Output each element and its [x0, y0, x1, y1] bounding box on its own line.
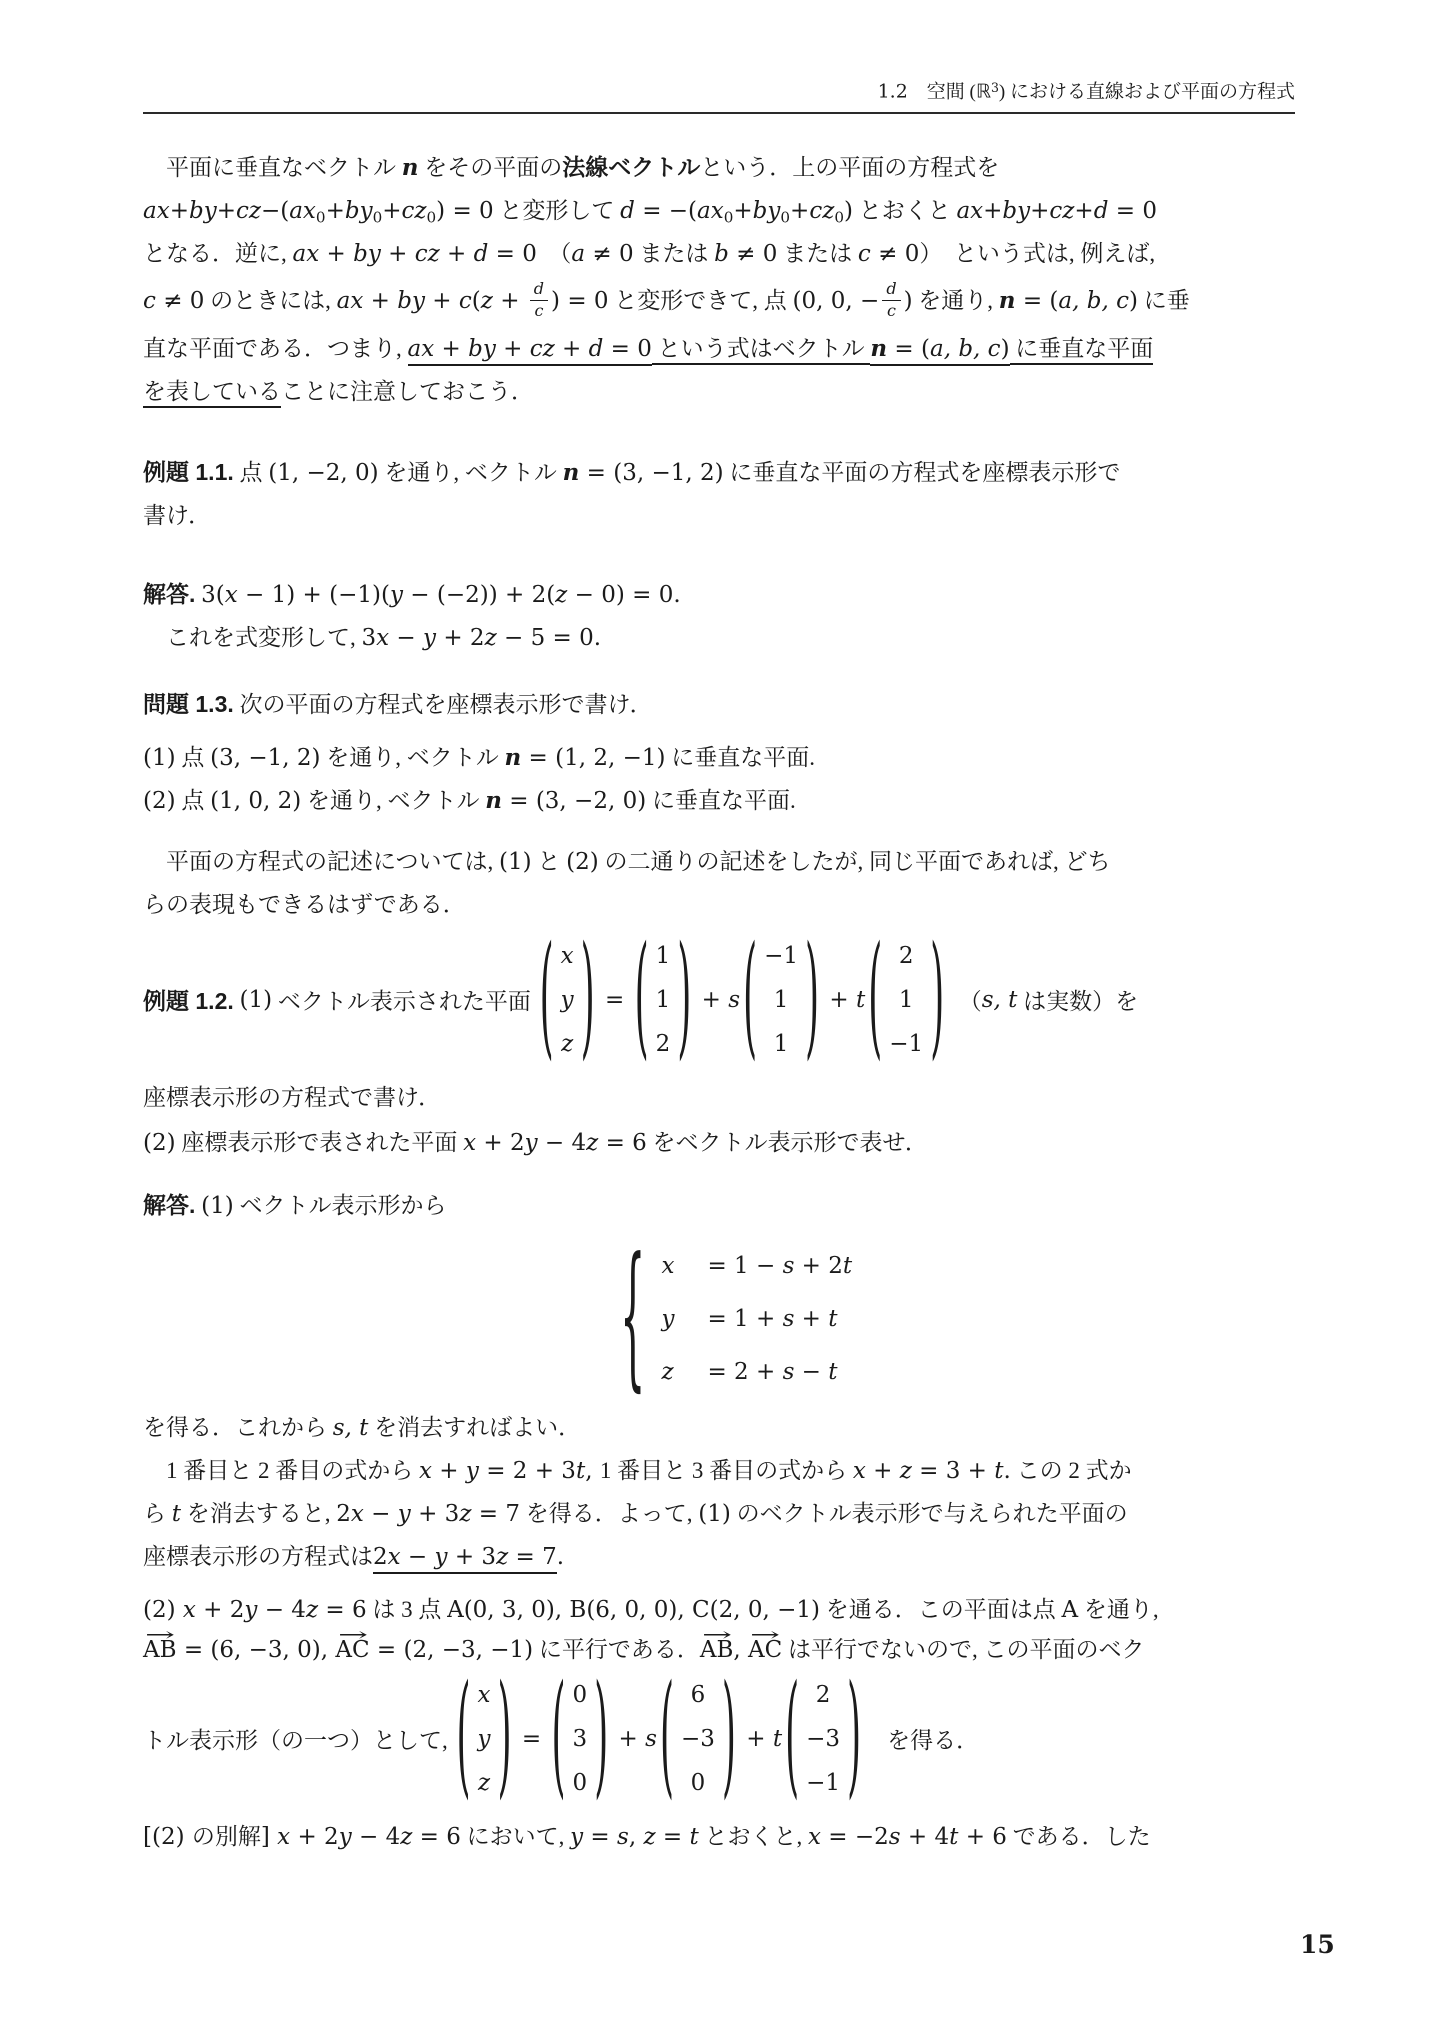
- text-segment: z: [900, 1458, 912, 1484]
- text-segment: +: [739, 1726, 773, 1752]
- text-segment: x: [277, 1824, 290, 1850]
- text-segment: ) = 0: [436, 198, 494, 224]
- text-segment: cz: [809, 198, 834, 224]
- text-segment: t: [994, 1458, 1003, 1484]
- text-segment: に平行である．: [533, 1637, 700, 1662]
- text-segment: by: [1002, 198, 1030, 224]
- right-paren: ): [594, 1672, 608, 1805]
- intro-line-6: を表していることに注意しておこう．: [143, 370, 1295, 413]
- fraction: dc: [530, 280, 548, 320]
- text-segment: s: [728, 987, 740, 1013]
- text-segment: z: [485, 625, 497, 651]
- part2-vector-equation: トル表示形（の一つ）として, (xyz) = (030) + s(6−30) +…: [143, 1669, 1295, 1809]
- text-segment: s, t: [333, 1415, 369, 1441]
- text-segment: これを式変形して,: [143, 625, 362, 650]
- vector-entry: 6: [691, 1673, 706, 1717]
- text-segment: 点: [176, 788, 211, 813]
- text-segment: z: [496, 1544, 508, 1574]
- denominator: c: [887, 301, 896, 320]
- column-vector: (2−3−1): [785, 1673, 861, 1805]
- example-1-1-line-1: 例題 1.1. 点 (1, −2, 0) を通り, ベクトル n = (3, −…: [143, 451, 1295, 494]
- text-segment: by: [189, 198, 217, 224]
- text-segment: 0: [373, 208, 383, 226]
- text-segment: ax: [289, 198, 316, 224]
- text-segment: =: [583, 1824, 617, 1850]
- text-segment: ax: [337, 288, 364, 314]
- left-paren: (: [457, 1672, 471, 1805]
- text-segment: +: [440, 241, 474, 267]
- text-segment: c: [143, 288, 156, 314]
- right-paren: ): [677, 933, 691, 1066]
- left-paren: (: [552, 1672, 566, 1805]
- text-segment: x: [853, 1458, 866, 1484]
- text-segment: (0, 0, −: [793, 288, 880, 314]
- text-segment: +: [434, 336, 468, 366]
- text-segment: 0: [427, 208, 437, 226]
- left-paren: (: [868, 933, 882, 1066]
- text-segment: AC: [748, 1631, 782, 1669]
- text-segment: である．した: [1007, 1824, 1151, 1849]
- text-segment: 0: [834, 208, 844, 226]
- text-segment: 1 番目と 2 番目の式から: [143, 1458, 419, 1483]
- text-segment: − 5 = 0.: [497, 625, 601, 651]
- text-segment: .: [557, 1544, 564, 1570]
- text-segment: s: [617, 1824, 629, 1850]
- right-paren: ): [805, 933, 819, 1066]
- text-segment: らの表現もできるはずである．: [143, 892, 466, 917]
- text-segment: + 3: [411, 1501, 460, 1527]
- text-segment: と変形して: [494, 198, 621, 223]
- text-segment: = 1 +: [707, 1306, 782, 1332]
- text-segment: ax: [697, 198, 724, 224]
- text-segment: 解答.: [143, 581, 195, 607]
- text-segment: 3: [362, 625, 377, 651]
- system-row: x = 1 − s + 2t: [661, 1239, 852, 1292]
- text-segment: y: [435, 1544, 448, 1574]
- vector-entry: y: [561, 978, 574, 1022]
- text-segment: のベクトル表示形で与えられた平面の: [731, 1501, 1128, 1526]
- text-segment: by: [397, 288, 425, 314]
- text-segment: z: [555, 582, 567, 608]
- text-segment: z: [661, 1359, 673, 1385]
- vector-entry: 1: [899, 978, 914, 1022]
- text-segment: +: [694, 987, 728, 1013]
- text-segment: に垂直な平面の方程式を座標表示形で: [724, 460, 1121, 485]
- vector-entry: 2: [656, 1022, 671, 1066]
- text-segment: +: [319, 241, 353, 267]
- text-segment: +: [1030, 198, 1049, 224]
- text-segment: cz: [236, 198, 261, 224]
- text-segment: 3(: [201, 582, 225, 608]
- text-segment: = 0: [1108, 198, 1157, 224]
- text-segment: +: [363, 288, 397, 314]
- text-segment: は実数）を: [1017, 983, 1138, 1016]
- text-segment: +: [432, 1458, 466, 1484]
- column-vector: (xyz): [540, 934, 595, 1066]
- text-segment: a: [571, 241, 585, 267]
- text-segment: s: [889, 1824, 901, 1850]
- answer-1-1-line-2: これを式変形して, 3x − y + 2z − 5 = 0.: [143, 616, 1295, 659]
- vector-entry: x: [561, 934, 574, 978]
- text-segment: +: [425, 288, 459, 314]
- example-1-1-line-2: 書け．: [143, 494, 1295, 537]
- text-segment: または: [634, 241, 715, 266]
- system-row-lhs: y: [661, 1292, 707, 1345]
- text-segment: =: [598, 987, 632, 1013]
- alternative-solution-line: [(2) の別解] x + 2y − 4z = 6 において, y = s, z…: [143, 1815, 1295, 1858]
- text-segment: ): [1129, 288, 1138, 314]
- text-segment: t: [843, 1253, 852, 1279]
- text-segment: +: [983, 198, 1002, 224]
- vector-entry: 2: [816, 1673, 831, 1717]
- text-segment: t: [773, 1726, 782, 1752]
- text-segment: 空間 (: [908, 82, 976, 103]
- vector-entries: 21−1: [889, 934, 923, 1066]
- column-vector: (−111): [743, 934, 819, 1066]
- left-paren: (: [540, 933, 554, 1066]
- text-segment: s: [783, 1306, 795, 1332]
- text-segment: +: [326, 198, 345, 224]
- text-segment: を消去すると,: [181, 1501, 336, 1526]
- text-segment: ベクトル表示形から: [234, 1193, 447, 1218]
- text-segment: − 1) + (−1)(: [238, 582, 390, 608]
- text-segment: a, b, c: [930, 336, 1001, 366]
- text-segment: = −(: [635, 198, 697, 224]
- text-segment: ax: [293, 241, 320, 267]
- text-segment: と変形できて, 点: [609, 288, 793, 313]
- text-segment: d: [589, 336, 604, 366]
- solution-line-3: ら t を消去すると, 2x − y + 3z = 7 を得る．よって, (1)…: [143, 1492, 1295, 1535]
- text-segment: ,: [733, 1637, 748, 1663]
- text-segment: ax: [956, 198, 983, 224]
- vector-entry: 1: [656, 978, 671, 1022]
- text-segment: 例題 1.1.: [143, 459, 234, 485]
- text-segment: c: [858, 241, 871, 267]
- text-segment: ことに注意しておこう．: [281, 379, 534, 404]
- text-segment: 解答.: [143, 1192, 195, 1218]
- text-segment: 例題 1.2.: [143, 983, 234, 1016]
- text-segment: b: [714, 241, 729, 267]
- text-segment: と: [532, 849, 567, 874]
- text-segment: +: [170, 198, 189, 224]
- text-segment: を通り,: [1078, 1597, 1159, 1622]
- example-1-2-line-2: 座標表示形の方程式で書け．: [143, 1076, 1295, 1119]
- text-segment: t: [856, 987, 865, 1013]
- problem-1-3-item-2: (2) 点 (1, 0, 2) を通り, ベクトル n = (3, −2, 0)…: [143, 779, 1295, 822]
- text-segment: 次の平面の方程式を座標表示形で書け．: [234, 692, 653, 717]
- text-segment: x: [388, 1544, 401, 1574]
- text-segment: (1, −2, 0): [268, 460, 378, 486]
- text-segment: y: [244, 1597, 257, 1623]
- text-segment: −(: [261, 198, 289, 224]
- denominator: c: [534, 301, 543, 320]
- text-segment: = 2 +: [707, 1359, 782, 1385]
- text-segment: ]: [261, 1824, 277, 1850]
- text-segment: = (: [887, 336, 930, 366]
- text-segment: を消去すればよい．: [368, 1415, 581, 1440]
- vector-entry: −1: [764, 934, 798, 978]
- text-segment: by: [353, 241, 381, 267]
- example-1-2-item-2: (2) 座標表示形で表された平面 x + 2y − 4z = 6 をベクトル表示…: [143, 1121, 1295, 1164]
- left-paren: (: [660, 1672, 674, 1805]
- right-paren: ): [847, 1672, 861, 1805]
- vector-entry: z: [561, 1022, 573, 1066]
- text-segment: ℝ: [976, 81, 991, 103]
- text-segment: d: [1094, 198, 1109, 224]
- text-segment: s: [645, 1726, 657, 1752]
- text-segment: + 2: [196, 1597, 245, 1623]
- text-segment: cz: [402, 198, 427, 224]
- column-vector: (030): [552, 1673, 609, 1805]
- text-segment: + 4: [901, 1824, 950, 1850]
- text-segment: by: [753, 198, 781, 224]
- vector-entry: z: [478, 1761, 490, 1805]
- text-segment: 座標表示形の方程式は: [143, 1544, 373, 1569]
- text-segment: ≠ 0: [585, 241, 634, 267]
- vector-entry: −3: [681, 1717, 715, 1761]
- numerator: d: [530, 280, 548, 300]
- text-segment: = 1 −: [707, 1253, 782, 1279]
- text-segment: という式はベクトル: [652, 336, 871, 365]
- text-segment: by: [345, 198, 373, 224]
- text-segment: を通り, ベクトル: [301, 788, 485, 813]
- text-segment: +: [496, 336, 530, 366]
- text-segment: に垂直な平面.: [665, 745, 815, 770]
- text-segment: z: [481, 288, 493, 314]
- left-paren: (: [743, 933, 757, 1066]
- text-segment: + 2: [476, 1130, 525, 1156]
- text-segment: 0: [724, 208, 734, 226]
- text-segment: n: [402, 154, 419, 181]
- text-segment: .: [1004, 1458, 1011, 1484]
- text-segment: を得る．よって,: [520, 1501, 698, 1526]
- text-segment: + 2: [290, 1824, 339, 1850]
- text-segment: =: [515, 1726, 549, 1752]
- text-segment: (2): [566, 849, 599, 875]
- fraction: dc: [882, 280, 900, 320]
- text-segment: 平面の方程式の記述については,: [143, 849, 499, 874]
- right-paren: ): [930, 933, 944, 1066]
- text-segment: A: [1062, 1597, 1079, 1623]
- vector-entry: 1: [656, 934, 671, 978]
- vector-entry: 0: [691, 1761, 706, 1805]
- text-segment: (1): [698, 1501, 731, 1527]
- text-segment: (3, −1, 2): [210, 745, 320, 771]
- right-paren: ): [498, 1672, 512, 1805]
- text-segment: +: [382, 198, 401, 224]
- text-segment: − 4: [257, 1597, 306, 1623]
- column-vector: (6−30): [660, 1673, 736, 1805]
- text-segment: 法線ベクトル: [562, 154, 700, 180]
- text-segment: = 6: [412, 1824, 461, 1850]
- vector-entry: 0: [573, 1761, 588, 1805]
- text-segment: ,: [585, 1458, 600, 1484]
- document-page: 1.2 空間 (ℝ3) における直線および平面の方程式 平面に垂直なベクトル n…: [0, 0, 1433, 2024]
- text-segment: = (6, −3, 0),: [177, 1637, 336, 1663]
- text-segment: ) における直線および平面の方程式: [999, 82, 1295, 103]
- text-segment: y: [525, 1130, 538, 1156]
- text-segment: を得る．これから: [143, 1415, 333, 1440]
- system-row: z = 2 + s − t: [661, 1345, 852, 1398]
- intro-line-2: ax+by+cz−(ax0+by0+cz0) = 0 と変形して d = −(a…: [143, 189, 1295, 232]
- text-segment: + 3: [448, 1544, 497, 1574]
- text-segment: は 3 点: [367, 1597, 448, 1622]
- vector-entries: 112: [656, 934, 671, 1066]
- text-segment: +: [555, 336, 589, 366]
- text-segment: ax: [408, 336, 435, 366]
- answer-1-1-line-1: 解答. 3(x − 1) + (−1)(y − (−2)) + 2(z − 0)…: [143, 573, 1295, 616]
- text-segment: に垂直な平面.: [646, 788, 796, 813]
- system-row-rhs: = 1 + s + t: [707, 1292, 837, 1345]
- text-segment: 0: [780, 208, 790, 226]
- text-segment: x: [183, 1597, 196, 1623]
- system-row-rhs: = 2 + s − t: [707, 1345, 837, 1398]
- text-segment: (1): [143, 745, 176, 771]
- right-paren: ): [722, 1672, 736, 1805]
- text-segment: を通り, ベクトル: [379, 460, 563, 485]
- page-number: 15: [1300, 1930, 1335, 1959]
- text-segment: を通り, ベクトル: [320, 745, 504, 770]
- text-segment: = (3, −2, 0): [502, 788, 646, 814]
- text-segment: cz: [415, 241, 440, 267]
- solution-line-2: 1 番目と 2 番目の式から x + y = 2 + 3t, 1 番目と 3 番…: [143, 1449, 1295, 1492]
- text-segment: +: [381, 241, 415, 267]
- text-segment: y: [423, 625, 436, 651]
- text-segment: − (−2)) + 2(: [403, 582, 555, 608]
- text-segment: −: [794, 1359, 828, 1385]
- example-1-2-vector-equation: 例題 1.2. (1) ベクトル表示された平面 (xyz) = (112) + …: [143, 930, 1295, 1070]
- text-segment: とおくと: [853, 198, 957, 223]
- text-segment: 書け．: [143, 503, 211, 528]
- text-segment: +: [822, 987, 856, 1013]
- text-segment: 点: [176, 745, 211, 770]
- right-paren: ): [581, 933, 595, 1066]
- vector-entry: x: [478, 1673, 491, 1717]
- text-segment: に垂: [1138, 288, 1190, 313]
- text-segment: y: [661, 1306, 674, 1332]
- text-segment: y: [390, 582, 403, 608]
- text-segment: (2): [143, 788, 176, 814]
- text-segment: = 7: [508, 1544, 557, 1574]
- text-segment: 直な平面である．つまり,: [143, 336, 408, 361]
- text-segment: をベクトル表示形で表せ．: [647, 1130, 928, 1155]
- text-segment: ≠ 0: [871, 241, 920, 267]
- text-segment: 1 番目と 3 番目の式から: [600, 1458, 853, 1483]
- text-segment: d: [474, 241, 489, 267]
- text-segment: AB: [143, 1631, 177, 1669]
- text-segment: 0: [316, 208, 326, 226]
- text-segment: [(2): [143, 1824, 192, 1850]
- text-segment: y: [466, 1458, 479, 1484]
- text-segment: の別解: [192, 1824, 261, 1849]
- vector-entry: −1: [806, 1761, 840, 1805]
- text-segment: +: [217, 198, 236, 224]
- text-segment: n: [999, 287, 1016, 314]
- intro-line-3: となる．逆に, ax + by + cz + d = 0 （a ≠ 0 または …: [143, 232, 1295, 275]
- text-segment: −: [389, 625, 423, 651]
- text-segment: t: [576, 1458, 585, 1484]
- text-segment: ,: [629, 1824, 644, 1850]
- text-segment: c: [459, 288, 472, 314]
- text-segment: +: [733, 198, 752, 224]
- text-segment: （: [537, 241, 572, 266]
- text-segment: t: [828, 1306, 837, 1332]
- text-segment: y: [570, 1824, 583, 1850]
- vector-entry: y: [478, 1717, 491, 1761]
- text-segment: 問題 1.3.: [143, 691, 234, 717]
- text-segment: (1): [499, 849, 532, 875]
- remark-line-1: 平面の方程式の記述については, (1) と (2) の二通りの記述をしたが, 同…: [143, 840, 1295, 883]
- intro-line-4: c ≠ 0 のときには, ax + by + c(z + dc) = 0 と変形…: [143, 275, 1295, 327]
- text-segment: = 0: [603, 336, 652, 366]
- text-segment: +: [794, 1306, 828, 1332]
- text-segment: s: [783, 1253, 795, 1279]
- left-paren: (: [785, 1672, 799, 1805]
- text-segment: となる．逆に,: [143, 241, 293, 266]
- left-paren: (: [635, 933, 649, 1066]
- text-segment: z: [400, 1824, 412, 1850]
- text-segment: のときには,: [204, 288, 336, 313]
- text-segment: この 2 式か: [1011, 1458, 1132, 1483]
- text-block: 1.2 空間 (ℝ3) における直線および平面の方程式 平面に垂直なベクトル n…: [143, 0, 1295, 1858]
- text-segment: ax: [143, 198, 170, 224]
- solution-line-4: 座標表示形の方程式は2x − y + 3z = 7.: [143, 1535, 1295, 1578]
- vector-entry: −1: [889, 1022, 923, 1066]
- vector-entries: 2−3−1: [806, 1673, 840, 1805]
- text-segment: x: [351, 1501, 364, 1527]
- text-segment: z: [643, 1824, 655, 1850]
- intro-line-1: 平面に垂直なベクトル n をその平面の法線ベクトルという．上の平面の方程式を: [143, 146, 1295, 189]
- text-segment: x: [661, 1253, 674, 1279]
- text-segment: − 4: [352, 1824, 401, 1850]
- text-segment: n: [485, 787, 502, 814]
- text-segment: z: [306, 1597, 318, 1623]
- system-row-lhs: z: [661, 1345, 707, 1398]
- text-segment: −: [401, 1544, 435, 1574]
- text-segment: の二通りの記述をしたが, 同じ平面であれば, どち: [599, 849, 1111, 874]
- text-segment: = 2 + 3: [479, 1458, 576, 1484]
- remark-line-2: らの表現もできるはずである．: [143, 883, 1295, 926]
- system-brace: {: [620, 1240, 645, 1396]
- text-segment: +: [1074, 198, 1093, 224]
- text-segment: t: [949, 1824, 958, 1850]
- text-segment: (: [472, 288, 481, 314]
- text-segment: cz: [530, 336, 555, 366]
- text-segment: cz: [1049, 198, 1074, 224]
- text-segment: = (2, −3, −1): [370, 1637, 534, 1663]
- text-segment: + 6: [958, 1824, 1007, 1850]
- text-segment: ≠ 0: [729, 241, 778, 267]
- text-segment: n: [563, 459, 580, 486]
- text-segment: = (1, 2, −1): [521, 745, 665, 771]
- text-segment: とおくと,: [699, 1824, 808, 1849]
- intro-line-5: 直な平面である．つまり, ax + by + cz + d = 0 という式はベ…: [143, 327, 1295, 370]
- problem-1-3-heading: 問題 1.3. 次の平面の方程式を座標表示形で書け．: [143, 683, 1295, 726]
- text-segment: 平面に垂直なベクトル: [143, 155, 402, 180]
- text-segment: 2: [373, 1544, 388, 1574]
- vector-entry: 1: [774, 1022, 789, 1066]
- text-segment: に垂直な平面: [1010, 336, 1154, 365]
- text-segment: を通る．この平面は点: [820, 1597, 1062, 1622]
- vector-entries: 030: [573, 1673, 588, 1805]
- text-segment: 点: [234, 460, 269, 485]
- text-segment: (2): [143, 1130, 176, 1156]
- numerator: d: [882, 280, 900, 300]
- text-segment: +: [866, 1458, 900, 1484]
- text-segment: AC: [335, 1631, 369, 1669]
- text-segment: y: [339, 1824, 352, 1850]
- text-segment: − 0) = 0.: [567, 582, 680, 608]
